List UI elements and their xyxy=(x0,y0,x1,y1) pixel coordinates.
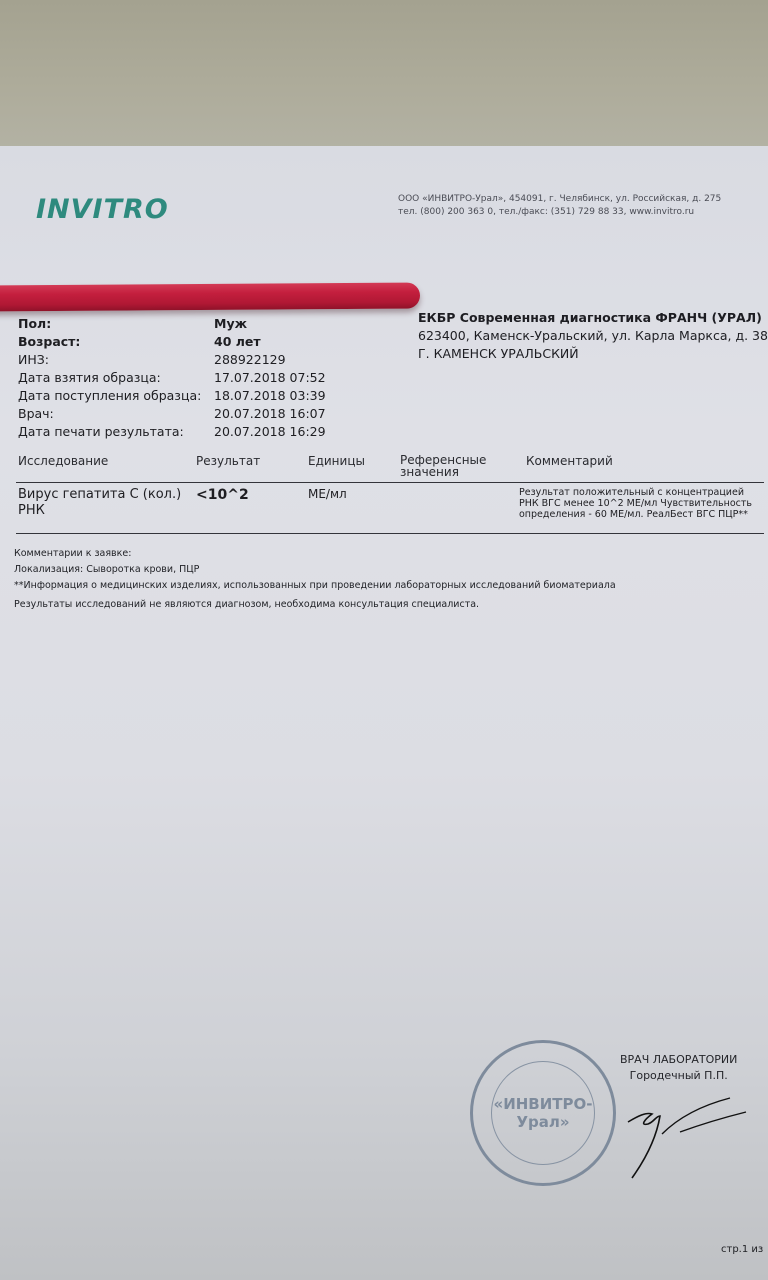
table-row: Вирус гепатита С (кол.) РНК <10^2 МЕ/мл … xyxy=(16,487,764,534)
invitro-logo: INVITRO xyxy=(36,194,169,225)
patient-row-sex: Пол:Муж xyxy=(18,315,326,333)
red-pen-object xyxy=(0,282,420,311)
results-table: Исследование Результат Единицы Референсн… xyxy=(16,454,764,534)
test-result: <10^2 xyxy=(196,487,249,503)
lab-name: ЕКБР Современная диагностика ФРАНЧ (УРАЛ… xyxy=(418,309,768,327)
lab-doctor: ВРАЧ ЛАБОРАТОРИИ Городечный П.П. xyxy=(620,1052,737,1084)
background-surface xyxy=(0,0,768,150)
doctor-name: Городечный П.П. xyxy=(620,1068,737,1084)
test-name: Вирус гепатита С (кол.) РНК xyxy=(18,487,188,519)
patient-row-inz: ИНЗ:288922129 xyxy=(18,351,326,369)
col-reference: Референсные значения xyxy=(400,454,490,478)
patient-row-doctor: Врач:20.07.2018 16:07 xyxy=(18,405,326,423)
stamp-text-line1: «ИНВИТРО- xyxy=(473,1095,613,1113)
patient-row-sample-taken: Дата взятия образца:17.07.2018 07:52 xyxy=(18,369,326,387)
notes-disclaimer: Результаты исследований не являются диаг… xyxy=(14,597,616,613)
test-units: МЕ/мл xyxy=(308,487,347,501)
patient-row-age: Возраст:40 лет xyxy=(18,333,326,351)
lab-city: Г. КАМЕНСК УРАЛЬСКИЙ xyxy=(418,345,768,363)
col-result: Результат xyxy=(196,454,260,468)
company-address: ООО «ИНВИТРО-Урал», 454091, г. Челябинск… xyxy=(398,193,721,206)
col-units: Единицы xyxy=(308,454,365,468)
results-header: Исследование Результат Единицы Референсн… xyxy=(16,454,764,483)
col-test: Исследование xyxy=(18,454,108,468)
company-contacts: тел. (800) 200 363 0, тел./факс: (351) 7… xyxy=(398,206,721,219)
stamp-text-line2: Урал» xyxy=(473,1113,613,1131)
notes-localization: Локализация: Сыворотка крови, ПЦР xyxy=(14,562,616,578)
lab-info: ЕКБР Современная диагностика ФРАНЧ (УРАЛ… xyxy=(418,309,768,363)
col-comment: Комментарий xyxy=(526,454,613,468)
notes-title: Комментарии к заявке: xyxy=(14,546,616,562)
test-comment: Результат положительный с концентрацией … xyxy=(519,487,764,520)
company-info: ООО «ИНВИТРО-Урал», 454091, г. Челябинск… xyxy=(398,193,721,219)
page-number: стр.1 из xyxy=(721,1244,763,1255)
lab-address: 623400, Каменск-Уральский, ул. Карла Мар… xyxy=(418,327,768,345)
stamp-seal: «ИНВИТРО- Урал» xyxy=(470,1040,616,1186)
doctor-title: ВРАЧ ЛАБОРАТОРИИ xyxy=(620,1052,737,1068)
request-notes: Комментарии к заявке: Локализация: Сывор… xyxy=(14,546,616,613)
signature-icon xyxy=(622,1094,752,1184)
notes-footnote: **Информация о медицинских изделиях, исп… xyxy=(14,578,616,594)
patient-row-sample-received: Дата поступления образца:18.07.2018 03:3… xyxy=(18,387,326,405)
patient-row-print-date: Дата печати результата:20.07.2018 16:29 xyxy=(18,423,326,441)
patient-info: Пол:Муж Возраст:40 лет ИНЗ:288922129 Дат… xyxy=(18,315,326,441)
